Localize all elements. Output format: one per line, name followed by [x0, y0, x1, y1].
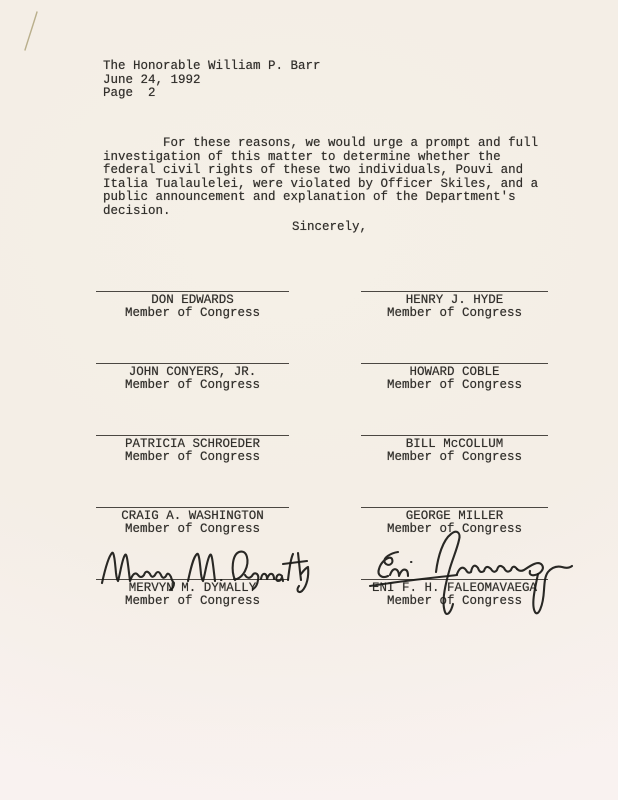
- pen-stroke-mark: [18, 6, 44, 56]
- recipient-line: The Honorable William P. Barr: [103, 60, 321, 74]
- signature-cell: CRAIG A. WASHINGTON Member of Congress: [96, 507, 289, 537]
- signee-title: Member of Congress: [96, 379, 289, 392]
- signature-cell: BILL McCOLLUM Member of Congress: [361, 435, 548, 465]
- signature-cell: HOWARD COBLE Member of Congress: [361, 363, 548, 393]
- signature-rule: [96, 363, 289, 364]
- signee-title: Member of Congress: [96, 451, 289, 464]
- signee-name: JOHN CONYERS, JR.: [96, 366, 289, 379]
- page-number-line: Page 2: [103, 87, 321, 101]
- paragraph-line: Italia Tualaulelei, were violated by Off…: [103, 178, 538, 192]
- date-line: June 24, 1992: [103, 74, 321, 88]
- paragraph-line: federal civil rights of these two indivi…: [103, 164, 538, 178]
- signature-cell: JOHN CONYERS, JR. Member of Congress: [96, 363, 289, 393]
- signature-cell: PATRICIA SCHROEDER Member of Congress: [96, 435, 289, 465]
- signee-name: CRAIG A. WASHINGTON: [96, 510, 289, 523]
- signature-rule: [96, 435, 289, 436]
- paragraph-line: public announcement and explanation of t…: [103, 191, 538, 205]
- signature-rule: [361, 435, 548, 436]
- signee-title: Member of Congress: [361, 451, 548, 464]
- signature-cell: DON EDWARDS Member of Congress: [96, 291, 289, 321]
- signature-rule: [361, 363, 548, 364]
- signee-title: Member of Congress: [96, 307, 289, 320]
- signature-rule: [96, 507, 289, 508]
- letter-header: The Honorable William P. Barr June 24, 1…: [103, 60, 321, 101]
- closing-salutation: Sincerely,: [292, 221, 367, 235]
- signature-rule: [361, 507, 548, 508]
- paragraph-line: decision.: [103, 205, 538, 219]
- paragraph-line: For these reasons, we would urge a promp…: [103, 137, 538, 151]
- signee-name: DON EDWARDS: [96, 294, 289, 307]
- signee-name: HENRY J. HYDE: [361, 294, 548, 307]
- letter-page: The Honorable William P. Barr June 24, 1…: [0, 0, 618, 800]
- signature-cell: HENRY J. HYDE Member of Congress: [361, 291, 548, 321]
- paragraph-line: investigation of this matter to determin…: [103, 151, 538, 165]
- signee-title: Member of Congress: [361, 379, 548, 392]
- dymally-signature: [98, 546, 312, 598]
- signature-rule: [96, 291, 289, 292]
- signee-name: BILL McCOLLUM: [361, 438, 548, 451]
- signee-name: HOWARD COBLE: [361, 366, 548, 379]
- signature-rule: [361, 291, 548, 292]
- signee-name: PATRICIA SCHROEDER: [96, 438, 289, 451]
- signee-title: Member of Congress: [96, 523, 289, 536]
- body-paragraph: For these reasons, we would urge a promp…: [103, 137, 538, 219]
- faleomavaega-signature: [356, 512, 588, 622]
- signee-title: Member of Congress: [361, 307, 548, 320]
